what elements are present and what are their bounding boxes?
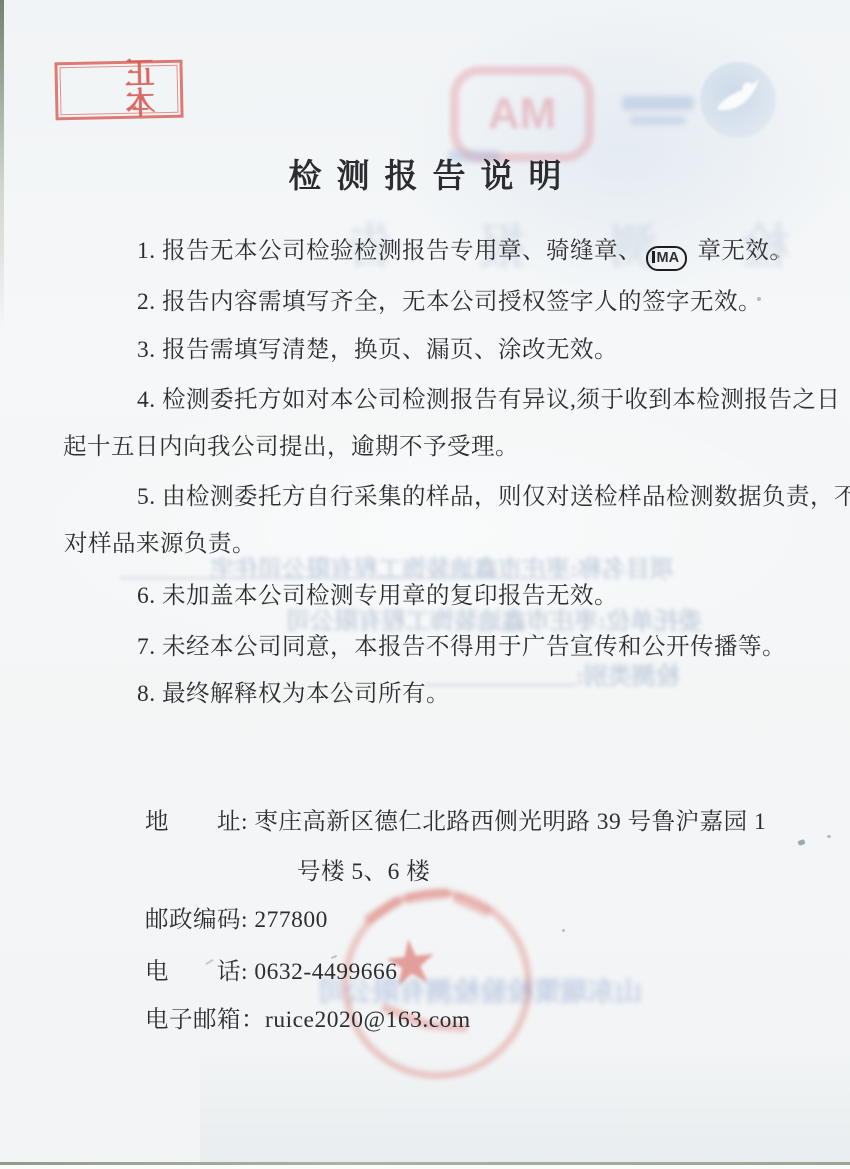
postal-code-value: 277800 [254, 907, 328, 933]
address-line-2: 号楼 5、6 楼 [297, 852, 430, 886]
note-text: 1. 报告无本公司检验检测报告专用章、骑缝章、 [137, 238, 642, 264]
bleedthrough-field-label: 项目名称: [570, 549, 680, 579]
bleedthrough-smudge [622, 96, 694, 110]
scan-speck [562, 929, 565, 932]
postal-code-line: 邮政编码: 277800 [145, 900, 328, 934]
scanned-report-page: 检测报告 MA 项目名称: 枣庄市鑫迪装饰工程有限公司住宅 委托单位: 枣庄市鑫… [0, 0, 850, 1169]
page-title: 检测报告说明 [0, 150, 850, 197]
report-note-line-9: 7. 未经本公司同意，本报告不得用于广告宣传和公开传播等。 [137, 627, 786, 661]
address-value: 枣庄高新区德仁北路西侧光明路 39 号鲁沪嘉园 1 [254, 809, 766, 835]
email-label: 电子邮箱： [145, 1007, 265, 1033]
report-note-line-2: 2. 报告内容需填写齐全，无本公司授权签字人的签字无效。 [137, 282, 762, 316]
phone-line: 电 话: 0632-4499666 [145, 952, 397, 986]
scan-speck [797, 839, 805, 846]
scan-speck [827, 835, 831, 838]
address-label: 地 址: [145, 809, 254, 835]
phone-label: 电 话: [145, 959, 254, 985]
email-line: 电子邮箱：ruice2020@163.com [145, 1000, 471, 1034]
postal-code-label: 邮政编码: [145, 907, 254, 933]
report-note-line-1: 1. 报告无本公司检验检测报告专用章、骑缝章、MA 章无效。 [137, 231, 793, 271]
phone-value: 0632-4499666 [254, 959, 397, 985]
original-copy-stamp-text: 正本 [60, 59, 177, 121]
bleedthrough-seal-arc-text [452, 892, 493, 917]
report-note-line-3: 3. 报告需填写清楚，换页、漏页、涂改无效。 [137, 330, 618, 364]
bleedthrough-smudge [630, 116, 686, 125]
cma-mark-text: MA [657, 250, 680, 266]
original-copy-stamp: 正本 [54, 60, 183, 121]
paper-tint [200, 1040, 850, 1169]
report-note-line-8: 6. 未加盖本公司检测专用章的复印报告无效。 [137, 576, 618, 610]
bleedthrough-cma-logo-text: MA [488, 89, 556, 139]
note-text: 章无效。 [691, 238, 793, 264]
scan-edge-bottom-white [0, 1165, 850, 1169]
bleedthrough-seal-arc-text [404, 888, 451, 904]
bleedthrough-seal-arc-text [363, 895, 404, 926]
report-note-line-6: 5. 由检测委托方自行采集的样品，则仅对送检样品检测数据负责，不 [137, 477, 850, 511]
cma-mark-icon: MA [646, 246, 687, 271]
cma-mark-bar [652, 251, 655, 263]
report-note-line-4: 4. 检测委托方如对本公司检测报告有异议,须于收到本检测报告之日 [137, 380, 840, 414]
bird-icon [700, 62, 776, 138]
email-value: ruice2020@163.com [265, 1007, 471, 1033]
report-note-line-5: 起十五日内向我公司提出，逾期不予受理。 [63, 427, 519, 461]
bleedthrough-cma-logo: MA [450, 66, 594, 162]
report-note-line-7: 对样品来源负责。 [64, 524, 256, 558]
report-note-line-10: 8. 最终解释权为本公司所有。 [137, 674, 450, 708]
address-line-1: 地 址: 枣庄高新区德仁北路西侧光明路 39 号鲁沪嘉园 1 [145, 802, 766, 836]
bleedthrough-agency-logo-icon [700, 62, 776, 138]
original-copy-stamp-border: 正本 [60, 65, 179, 115]
